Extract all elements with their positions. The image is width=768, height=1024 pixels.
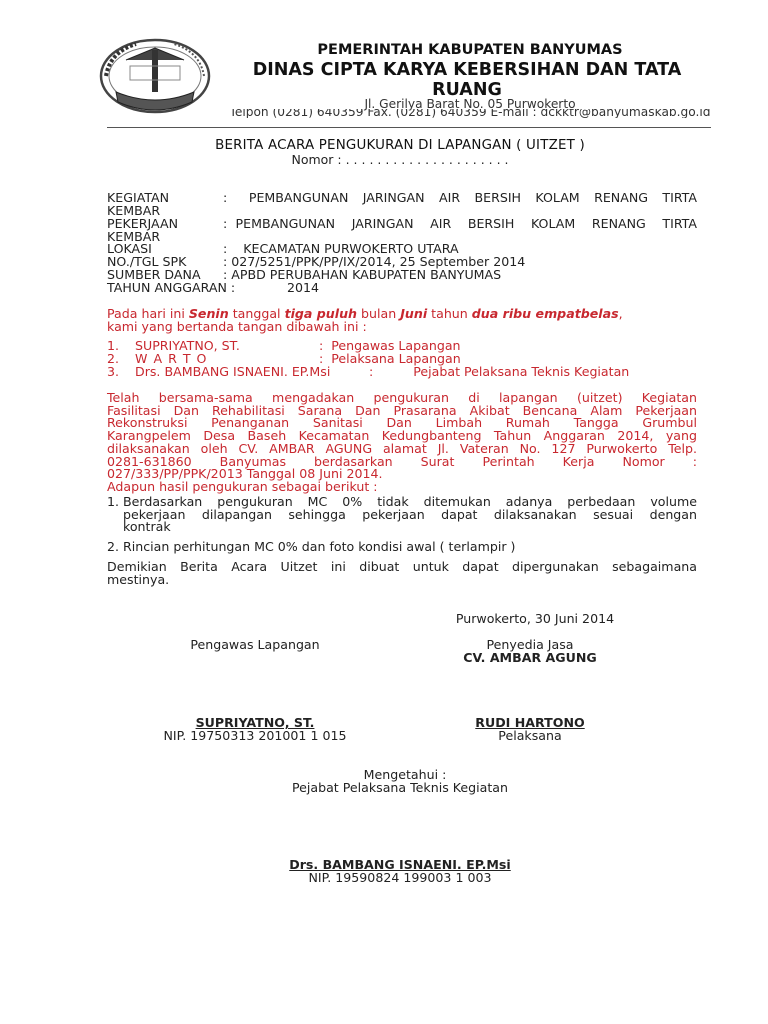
opening-text-5: , — [619, 306, 623, 321]
signatory-name: Drs. BAMBANG ISNAENI. EP.Msi — [135, 366, 369, 379]
tahun-label: TAHUN ANGGARAN : — [107, 282, 287, 295]
signatory-num: 3. — [107, 366, 135, 379]
result-num: 1. — [107, 496, 123, 534]
opening-line2: kami yang bertanda tangan dibawah ini : — [107, 321, 697, 334]
letterhead-department: DINAS CIPTA KARYA KEBERSIHAN DAN TATA RU… — [212, 60, 722, 100]
banyumas-emblem-icon — [96, 32, 214, 120]
letterhead-government: PEMERINTAH KABUPATEN BANYUMAS — [220, 42, 720, 58]
opening-statement: Pada hari ini Senin tanggal tiga puluh b… — [107, 308, 697, 333]
opening-text-4: tahun — [427, 306, 472, 321]
place-date: Purwokerto, 30 Juni 2014 — [430, 612, 640, 625]
letterhead-contact: Telpon (0281) 640359 Fax. (0281) 640359 … — [220, 109, 720, 118]
signatory-role: : Pejabat Pelaksana Teknis Kegiatan — [369, 364, 629, 379]
body-paragraph: Telah bersama-sama mengadakan pengukuran… — [107, 392, 697, 494]
letterhead-department-line1: DINAS CIPTA KARYA KEBERSIHAN DAN TATA — [212, 60, 722, 80]
closing-line: Demikian Berita Acara Uitzet ini dibuat … — [107, 561, 697, 574]
info-kegiatan: KEGIATAN: PEMBANGUNAN JARINGAN AIR BERSI… — [107, 192, 697, 217]
letterhead-divider — [107, 127, 711, 128]
closing-paragraph: Demikian Berita Acara Uitzet ini dibuat … — [107, 561, 697, 586]
info-tahun: TAHUN ANGGARAN :2014 — [107, 282, 697, 295]
sign-left-role: Pengawas Lapangan — [140, 638, 370, 651]
results-intro: Adapun hasil pengukuran sebagai berikut … — [107, 481, 697, 494]
result-item-1: 1. Berdasarkan pengukuran MC 0% tidak di… — [107, 496, 697, 534]
sign-right-title: Pelaksana — [430, 729, 630, 742]
document-title: BERITA ACARA PENGUKURAN DI LAPANGAN ( UI… — [100, 138, 700, 153]
result-item-2: 2. Rincian perhitungan MC 0% dan foto ko… — [107, 541, 697, 554]
signatory-item: 3.Drs. BAMBANG ISNAENI. EP.Msi: Pejabat … — [107, 366, 629, 379]
sign-center-role: Pejabat Pelaksana Teknis Kegiatan — [260, 781, 540, 794]
info-pekerjaan: PEKERJAAN: PEMBANGUNAN JARINGAN AIR BERS… — [107, 218, 697, 243]
pekerjaan-value: : PEMBANGUNAN JARINGAN AIR BERSIH KOLAM … — [223, 218, 697, 231]
kegiatan-value: : PEMBANGUNAN JARINGAN AIR BERSIH KOLAM … — [223, 192, 697, 205]
letterhead-contact-text: Telpon (0281) 640359 Fax. (0281) 640359 … — [229, 109, 710, 118]
opening-year: dua ribu empatbelas — [472, 306, 619, 321]
sign-left-nip: NIP. 19750313 201001 1 015 — [130, 729, 380, 742]
result-num: 2. — [107, 541, 123, 554]
document-number: Nomor : . . . . . . . . . . . . . . . . … — [100, 152, 700, 167]
dana-value: : APBD PERUBAHAN KABUPATEN BANYUMAS — [223, 267, 501, 282]
sign-center-nip: NIP. 19590824 199003 1 003 — [260, 871, 540, 884]
result-line: Rincian perhitungan MC 0% dan foto kondi… — [123, 541, 515, 554]
closing-line: mestinya. — [107, 574, 697, 587]
opening-month: Juni — [400, 306, 427, 321]
sign-right-company: CV. AMBAR AGUNG — [430, 651, 630, 664]
tahun-value: 2014 — [287, 280, 319, 295]
result-line: kontrak — [123, 521, 697, 534]
result-line: pekerjaan dilapangan sehingga pekerjaan … — [123, 509, 697, 522]
